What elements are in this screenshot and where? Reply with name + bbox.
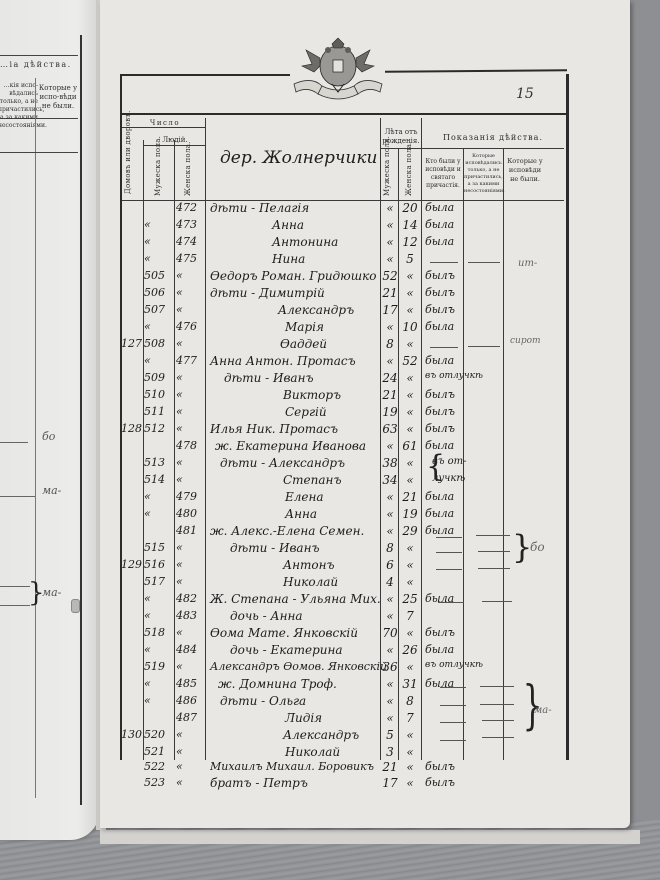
female-number: « — [176, 575, 204, 588]
age-male: « — [380, 439, 400, 453]
confession-status: была — [425, 643, 475, 656]
person-name: Александръ Өомов. Янковскій — [210, 660, 380, 673]
age-female: 7 — [398, 609, 422, 623]
confession-status: былъ — [425, 626, 475, 639]
age-female: 14 — [398, 218, 422, 232]
empty-mark — [482, 737, 514, 738]
female-number: 472 — [176, 201, 204, 214]
female-number: 477 — [176, 354, 204, 367]
age-female: « — [398, 541, 422, 555]
female-number: 476 — [176, 320, 204, 333]
female-number: 485 — [176, 677, 204, 690]
frame-header-rule — [120, 113, 566, 115]
male-number: 511 — [144, 405, 174, 418]
person-name: Антонъ — [283, 558, 453, 572]
person-name: Александръ — [283, 728, 453, 742]
female-number: « — [176, 660, 204, 673]
age-female: 20 — [398, 201, 422, 215]
margin-note: ма- — [534, 705, 552, 716]
male-number: 515 — [144, 541, 174, 554]
empty-mark — [438, 602, 464, 603]
female-number: 478 — [176, 439, 204, 452]
person-name: Илья Ник. Протасъ — [210, 422, 380, 436]
confession-status: былъ — [425, 422, 475, 435]
age-male: 21 — [380, 760, 400, 774]
age-male: 70 — [380, 626, 400, 640]
male-number: 521 — [144, 745, 174, 758]
male-number: 509 — [144, 371, 174, 384]
confession-status: была — [425, 490, 475, 503]
confession-status: была — [425, 354, 475, 367]
female-number: « — [176, 745, 204, 758]
empty-mark — [436, 537, 462, 538]
page-number: 15 — [516, 86, 534, 102]
female-number: 486 — [176, 694, 204, 707]
empty-mark — [482, 720, 514, 721]
left-page-frame — [0, 35, 82, 805]
female-number: « — [176, 626, 204, 639]
age-male: « — [380, 592, 400, 606]
age-female: « — [398, 371, 422, 385]
female-number: « — [176, 405, 204, 418]
empty-mark — [440, 740, 466, 741]
male-number: 523 — [144, 776, 174, 789]
confession-status: былъ — [425, 405, 475, 418]
age-male: 4 — [380, 575, 400, 589]
confession-status: былъ — [425, 303, 475, 316]
person-name: Өаддей — [280, 337, 450, 351]
confession-status: была — [425, 524, 475, 537]
age-female: « — [398, 303, 422, 317]
col-rule-male — [174, 140, 175, 760]
empty-mark — [468, 346, 500, 347]
hdr-confessed: Кто были у исповѣди и святаго причастія. — [423, 158, 463, 190]
male-number: 522 — [144, 760, 174, 773]
male-number: 508 — [144, 337, 174, 350]
left-page-header-rule — [0, 152, 78, 153]
person-name: Анна Антон. Протасъ — [210, 354, 380, 368]
confession-status: былъ — [425, 388, 475, 401]
female-number: « — [176, 371, 204, 384]
age-female: 12 — [398, 235, 422, 249]
person-name: дочь - Анна — [230, 609, 400, 623]
age-male: 36 — [380, 660, 400, 674]
female-number: « — [176, 473, 204, 486]
age-male: « — [380, 235, 400, 249]
binding-pin — [71, 599, 80, 613]
male-number: 518 — [144, 626, 174, 639]
hdr-testimony: Показанія дѣйства. — [422, 133, 564, 142]
hdr-count: Число — [140, 119, 190, 128]
age-female: « — [398, 575, 422, 589]
confession-status: была — [425, 218, 475, 231]
age-female: « — [398, 728, 422, 742]
age-male: 52 — [380, 269, 400, 283]
confession-status: былъ — [425, 286, 475, 299]
age-male: « — [380, 677, 400, 691]
age-male: « — [380, 711, 400, 725]
brace-absence: { — [426, 449, 445, 484]
empty-mark — [440, 687, 466, 688]
left-page-dash — [0, 586, 30, 587]
left-page-dash — [0, 442, 28, 443]
confession-status: была — [425, 677, 475, 690]
age-male: « — [380, 609, 400, 623]
age-female: « — [398, 456, 422, 470]
male-number: « — [144, 218, 174, 231]
empty-mark — [430, 262, 458, 263]
person-name: дѣти - Иванъ — [224, 371, 394, 385]
confession-status: была — [425, 235, 475, 248]
empty-mark — [478, 551, 510, 552]
hdr-house: Домовъ или дворовъ. — [124, 110, 132, 194]
hdr-partial: Которые исповѣдались только, а не причас… — [464, 153, 503, 195]
age-male: 21 — [380, 286, 400, 300]
confession-status: была — [425, 507, 475, 520]
person-name: Өома Мате. Янковскій — [210, 626, 380, 640]
person-name: дѣти - Ольга — [220, 694, 390, 708]
hdr-female: Женска пола. — [184, 141, 192, 196]
empty-mark — [480, 686, 514, 687]
female-number: 482 — [176, 592, 204, 605]
left-page-header-title: …іа дѣйства. — [0, 60, 72, 69]
female-number: « — [176, 728, 204, 741]
person-name: дѣти - Пелагія — [210, 201, 380, 215]
female-number: 484 — [176, 643, 204, 656]
age-female: « — [398, 337, 422, 351]
age-male: 8 — [380, 541, 400, 555]
confession-status: была — [425, 201, 475, 214]
age-male: « — [380, 320, 400, 334]
person-name: дѣти - Александръ — [220, 456, 390, 470]
person-name: Ж. Степана - Ульяна Мих. — [210, 592, 380, 606]
female-number: « — [176, 269, 204, 282]
village-title: дер. Жолнерчики — [220, 148, 377, 168]
female-number: « — [176, 456, 204, 469]
confession-status: въ отлучкѣ — [425, 371, 475, 381]
female-number: « — [176, 337, 204, 350]
age-male: 21 — [380, 388, 400, 402]
male-number: « — [144, 592, 174, 605]
house-number: 129 — [118, 558, 142, 571]
age-male: « — [380, 354, 400, 368]
age-male: 24 — [380, 371, 400, 385]
age-male: « — [380, 507, 400, 521]
male-number: « — [144, 320, 174, 333]
left-page-dash — [0, 496, 35, 497]
male-number: « — [144, 252, 174, 265]
age-female: 8 — [398, 694, 422, 708]
female-number: 473 — [176, 218, 204, 231]
age-female: « — [398, 776, 422, 790]
male-number: 513 — [144, 456, 174, 469]
age-female: 29 — [398, 524, 422, 538]
person-name: Николай — [285, 745, 455, 759]
person-name: ж. Екатерина Иванова — [215, 439, 385, 453]
female-number: « — [176, 388, 204, 401]
person-name: Лидія — [285, 711, 455, 725]
age-female: 26 — [398, 643, 422, 657]
hdr-age-female: Женска пола. — [405, 141, 413, 196]
male-number: 519 — [144, 660, 174, 673]
empty-mark — [436, 569, 462, 570]
age-female: 7 — [398, 711, 422, 725]
female-number: 475 — [176, 252, 204, 265]
house-number: 127 — [118, 337, 142, 350]
empty-mark — [480, 704, 514, 705]
female-number: « — [176, 303, 204, 316]
male-number: 516 — [144, 558, 174, 571]
male-number: « — [144, 507, 174, 520]
confession-status: былъ — [425, 760, 475, 773]
age-female: « — [398, 626, 422, 640]
age-female: « — [398, 286, 422, 300]
age-male: 17 — [380, 776, 400, 790]
female-number: 483 — [176, 609, 204, 622]
left-page-partial-col: …кія испо-вѣдались только, а не причасти… — [0, 82, 38, 130]
male-number: « — [144, 643, 174, 656]
col-rule-partial — [503, 148, 504, 760]
age-female: « — [398, 269, 422, 283]
female-number: 474 — [176, 235, 204, 248]
confession-status: былъ — [425, 269, 475, 282]
confession-status: былъ — [425, 776, 475, 789]
male-number: « — [144, 609, 174, 622]
female-number: « — [176, 286, 204, 299]
female-number: « — [176, 776, 204, 789]
hdr-male: Мужеска пола. — [154, 136, 162, 196]
male-number: 517 — [144, 575, 174, 588]
age-male: « — [380, 524, 400, 538]
empty-mark — [440, 722, 466, 723]
margin-note: сирот — [510, 336, 541, 346]
male-number: « — [144, 235, 174, 248]
age-male: 5 — [380, 728, 400, 742]
male-number: « — [144, 694, 174, 707]
frame-top-rule-left — [120, 74, 290, 76]
male-number: 507 — [144, 303, 174, 316]
person-name: Александръ — [278, 303, 448, 317]
age-female: 31 — [398, 677, 422, 691]
age-male: 17 — [380, 303, 400, 317]
person-name: Николай — [283, 575, 453, 589]
age-female: « — [398, 473, 422, 487]
hdr-absent: Которые у исповѣди не были. — [505, 157, 545, 184]
empty-mark — [478, 568, 510, 569]
age-male: 34 — [380, 473, 400, 487]
age-female: 25 — [398, 592, 422, 606]
margin-note: ит- — [518, 258, 537, 269]
age-male: « — [380, 252, 400, 266]
female-number: « — [176, 760, 204, 773]
age-female: 21 — [398, 490, 422, 504]
age-male: 63 — [380, 422, 400, 436]
person-name: дочь - Екатерина — [230, 643, 400, 657]
age-female: « — [398, 422, 422, 436]
female-number: « — [176, 541, 204, 554]
person-name: дѣти - Димитрій — [210, 286, 380, 300]
male-number: « — [144, 490, 174, 503]
age-male: 38 — [380, 456, 400, 470]
left-page: …іа дѣйства. …кія испо-вѣдались только, … — [0, 0, 100, 840]
age-female: 5 — [398, 252, 422, 266]
age-female: 19 — [398, 507, 422, 521]
person-name: ж. Домнина Троф. — [218, 677, 388, 691]
female-number: 487 — [176, 711, 204, 724]
left-page-margin-note: ма- — [42, 484, 61, 497]
female-number: 481 — [176, 524, 204, 537]
age-female: 10 — [398, 320, 422, 334]
left-page-brace: } — [28, 578, 45, 608]
person-name: ж. Алекс.-Елена Семен. — [210, 524, 380, 538]
left-page-margin-note: ма- — [42, 586, 61, 599]
age-male: « — [380, 694, 400, 708]
male-number: 510 — [144, 388, 174, 401]
person-name: дѣти - Иванъ — [230, 541, 400, 555]
male-number: 506 — [144, 286, 174, 299]
confession-status: была — [425, 592, 475, 605]
female-number: « — [176, 422, 204, 435]
confession-status: была — [425, 320, 475, 333]
male-number: 512 — [144, 422, 174, 435]
female-number: « — [176, 558, 204, 571]
male-number: 505 — [144, 269, 174, 282]
age-female: « — [398, 760, 422, 774]
house-number: 130 — [118, 728, 142, 741]
person-name: Өедоръ Роман. Гридюшко — [210, 269, 380, 283]
male-number: 514 — [144, 473, 174, 486]
hdr-rule-people — [143, 145, 206, 146]
hdr-age-male: Мужеска пола. — [383, 136, 391, 196]
left-page-column-rule — [35, 78, 36, 798]
male-number: « — [144, 677, 174, 690]
col-rule-female — [205, 118, 206, 760]
margin-note: бо — [530, 540, 545, 554]
age-male: 6 — [380, 558, 400, 572]
empty-mark — [430, 347, 458, 348]
age-female: 52 — [398, 354, 422, 368]
male-number: « — [144, 354, 174, 367]
age-male: 3 — [380, 745, 400, 759]
left-page-absent-col: Которые у испо-вѣди не были. — [38, 84, 78, 111]
confession-status: въ отлучкѣ — [425, 660, 475, 670]
left-page-dash — [0, 605, 30, 606]
age-female: « — [398, 745, 422, 759]
left-page-margin-note: бо — [42, 430, 55, 443]
age-female: 61 — [398, 439, 422, 453]
age-male: 8 — [380, 337, 400, 351]
age-female: « — [398, 660, 422, 674]
person-name: братъ - Петръ — [210, 776, 380, 790]
age-female: « — [398, 388, 422, 402]
empty-mark — [436, 552, 462, 553]
age-male: « — [380, 218, 400, 232]
female-number: 479 — [176, 490, 204, 503]
female-number: 480 — [176, 507, 204, 520]
age-male: 19 — [380, 405, 400, 419]
age-male: « — [380, 643, 400, 657]
empty-mark — [468, 262, 500, 263]
age-male: « — [380, 201, 400, 215]
person-name: Михаилъ Михаил. Боровикъ — [210, 760, 380, 773]
house-number: 128 — [118, 422, 142, 435]
empty-mark — [440, 705, 466, 706]
empty-mark — [476, 535, 510, 536]
page-stack-edge — [100, 830, 640, 844]
age-female: « — [398, 558, 422, 572]
empty-mark — [482, 601, 512, 602]
age-male: « — [380, 490, 400, 504]
age-female: « — [398, 405, 422, 419]
male-number: 520 — [144, 728, 174, 741]
